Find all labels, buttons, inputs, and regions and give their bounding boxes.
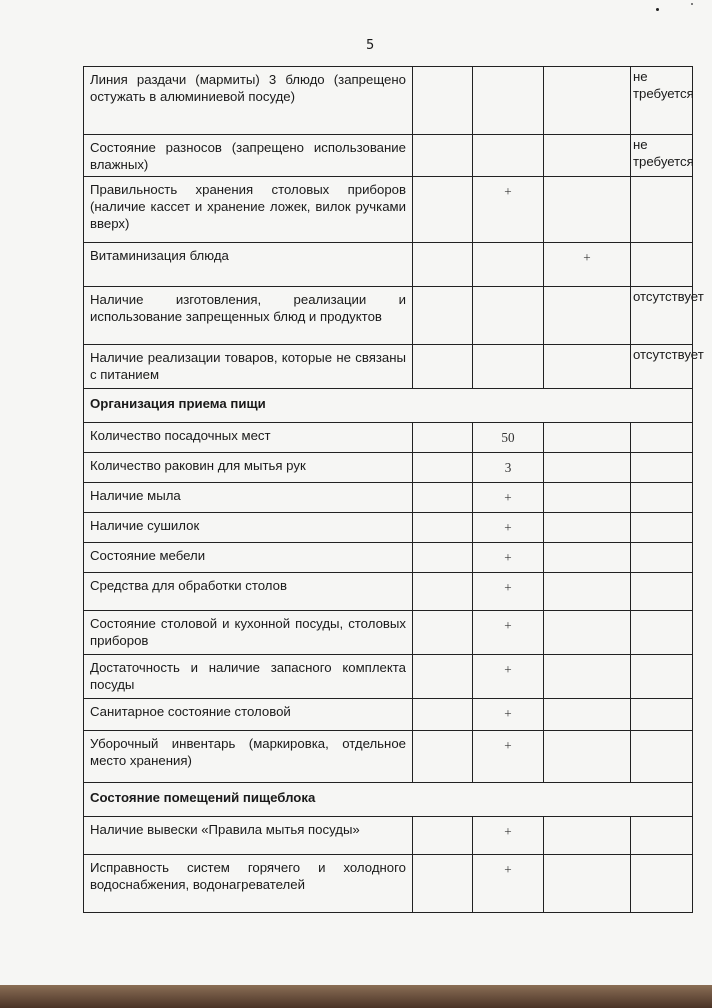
cell-col-3 bbox=[544, 287, 631, 345]
cell-col-2: + bbox=[473, 513, 544, 543]
cell-note bbox=[631, 655, 693, 699]
cell-col-1 bbox=[413, 655, 473, 699]
table-row: Состояние разносов (запрещено использова… bbox=[84, 135, 693, 177]
table-row: Наличие мыла+ bbox=[84, 483, 693, 513]
cell-note bbox=[631, 177, 693, 243]
cell-col-3 bbox=[544, 483, 631, 513]
criterion-label: Наличие мыла bbox=[84, 483, 413, 513]
criterion-label: Санитарное состояние столовой bbox=[84, 699, 413, 731]
section-title: Организация приема пищи bbox=[84, 389, 693, 423]
criterion-label: Уборочный инвентарь (маркировка, отдельн… bbox=[84, 731, 413, 783]
section-header-row: Состояние помещений пищеблока bbox=[84, 783, 693, 817]
cell-note bbox=[631, 611, 693, 655]
table-row: Витаминизация блюда+ bbox=[84, 243, 693, 287]
cell-col-1 bbox=[413, 67, 473, 135]
cell-col-1 bbox=[413, 611, 473, 655]
cell-col-1 bbox=[413, 817, 473, 855]
cell-col-1 bbox=[413, 513, 473, 543]
cell-col-2: + bbox=[473, 611, 544, 655]
cell-col-2: 50 bbox=[473, 423, 544, 453]
cell-note: не требуется bbox=[631, 135, 693, 177]
inspection-checklist-table: Линия раздачи (мармиты) 3 блюдо (запреще… bbox=[83, 66, 693, 913]
cell-note: не требуется bbox=[631, 67, 693, 135]
cell-col-1 bbox=[413, 855, 473, 913]
table-row: Средства для обработки столов+ bbox=[84, 573, 693, 611]
criterion-label: Наличие сушилок bbox=[84, 513, 413, 543]
criterion-label: Количество посадочных мест bbox=[84, 423, 413, 453]
cell-col-3 bbox=[544, 135, 631, 177]
cell-col-3 bbox=[544, 177, 631, 243]
table-row: Уборочный инвентарь (маркировка, отдельн… bbox=[84, 731, 693, 783]
criterion-label: Наличие реализации товаров, которые не с… bbox=[84, 345, 413, 389]
cell-col-2: + bbox=[473, 483, 544, 513]
criterion-label: Линия раздачи (мармиты) 3 блюдо (запреще… bbox=[84, 67, 413, 135]
cell-col-1 bbox=[413, 483, 473, 513]
table-row: Наличие реализации товаров, которые не с… bbox=[84, 345, 693, 389]
cell-col-1 bbox=[413, 573, 473, 611]
cell-col-3 bbox=[544, 573, 631, 611]
criterion-label: Витаминизация блюда bbox=[84, 243, 413, 287]
table-row: Количество раковин для мытья рук3 bbox=[84, 453, 693, 483]
cell-col-3 bbox=[544, 345, 631, 389]
table-row: Исправность систем горячего и холодного … bbox=[84, 855, 693, 913]
cell-col-1 bbox=[413, 135, 473, 177]
cell-col-1 bbox=[413, 423, 473, 453]
cell-note bbox=[631, 731, 693, 783]
criterion-label: Достаточность и наличие запасного компле… bbox=[84, 655, 413, 699]
cell-note bbox=[631, 543, 693, 573]
cell-col-3 bbox=[544, 513, 631, 543]
cell-col-2: + bbox=[473, 731, 544, 783]
cell-col-2: + bbox=[473, 573, 544, 611]
criterion-label: Состояние столовой и кухонной посуды, ст… bbox=[84, 611, 413, 655]
page-number: 5 bbox=[366, 38, 374, 53]
scan-speck bbox=[691, 3, 693, 5]
cell-col-2 bbox=[473, 67, 544, 135]
criterion-label: Средства для обработки столов bbox=[84, 573, 413, 611]
section-title: Состояние помещений пищеблока bbox=[84, 783, 693, 817]
table-row: Наличие изготовления, реализации и испол… bbox=[84, 287, 693, 345]
cell-col-1 bbox=[413, 453, 473, 483]
cell-col-1 bbox=[413, 243, 473, 287]
cell-note bbox=[631, 243, 693, 287]
table-row: Правильность хранения столовых приборов … bbox=[84, 177, 693, 243]
cell-col-2 bbox=[473, 135, 544, 177]
table-row: Достаточность и наличие запасного компле… bbox=[84, 655, 693, 699]
criterion-label: Количество раковин для мытья рук bbox=[84, 453, 413, 483]
cell-col-1 bbox=[413, 287, 473, 345]
cell-col-1 bbox=[413, 731, 473, 783]
cell-note bbox=[631, 573, 693, 611]
cell-col-2: + bbox=[473, 817, 544, 855]
table-row: Наличие вывески «Правила мытья посуды»+ bbox=[84, 817, 693, 855]
cell-col-2 bbox=[473, 345, 544, 389]
checklist-body: Линия раздачи (мармиты) 3 блюдо (запреще… bbox=[84, 67, 693, 913]
cell-col-3: + bbox=[544, 243, 631, 287]
cell-note bbox=[631, 513, 693, 543]
cell-note: отсутствует bbox=[631, 287, 693, 345]
cell-col-3 bbox=[544, 543, 631, 573]
cell-col-3 bbox=[544, 67, 631, 135]
cell-col-3 bbox=[544, 611, 631, 655]
criterion-label: Наличие вывески «Правила мытья посуды» bbox=[84, 817, 413, 855]
table-row: Состояние мебели+ bbox=[84, 543, 693, 573]
cell-col-2: 3 bbox=[473, 453, 544, 483]
scan-edge-shadow bbox=[0, 985, 712, 1008]
table-row: Санитарное состояние столовой+ bbox=[84, 699, 693, 731]
criterion-label: Наличие изготовления, реализации и испол… bbox=[84, 287, 413, 345]
cell-col-3 bbox=[544, 699, 631, 731]
table-row: Наличие сушилок+ bbox=[84, 513, 693, 543]
cell-note bbox=[631, 817, 693, 855]
cell-note: отсутствует bbox=[631, 345, 693, 389]
cell-col-1 bbox=[413, 699, 473, 731]
scan-speck bbox=[656, 8, 659, 11]
table-row: Линия раздачи (мармиты) 3 блюдо (запреще… bbox=[84, 67, 693, 135]
cell-col-2: + bbox=[473, 855, 544, 913]
cell-col-1 bbox=[413, 543, 473, 573]
cell-col-2 bbox=[473, 243, 544, 287]
cell-col-2: + bbox=[473, 177, 544, 243]
table-row: Состояние столовой и кухонной посуды, ст… bbox=[84, 611, 693, 655]
cell-note bbox=[631, 453, 693, 483]
table-row: Количество посадочных мест50 bbox=[84, 423, 693, 453]
section-header-row: Организация приема пищи bbox=[84, 389, 693, 423]
criterion-label: Правильность хранения столовых приборов … bbox=[84, 177, 413, 243]
cell-col-2: + bbox=[473, 543, 544, 573]
cell-col-3 bbox=[544, 655, 631, 699]
criterion-label: Исправность систем горячего и холодного … bbox=[84, 855, 413, 913]
cell-col-2: + bbox=[473, 699, 544, 731]
cell-note bbox=[631, 423, 693, 453]
cell-col-3 bbox=[544, 453, 631, 483]
criterion-label: Состояние разносов (запрещено использова… bbox=[84, 135, 413, 177]
cell-note bbox=[631, 855, 693, 913]
cell-note bbox=[631, 483, 693, 513]
cell-col-1 bbox=[413, 177, 473, 243]
cell-col-2 bbox=[473, 287, 544, 345]
cell-col-3 bbox=[544, 423, 631, 453]
cell-col-3 bbox=[544, 817, 631, 855]
cell-col-1 bbox=[413, 345, 473, 389]
cell-col-2: + bbox=[473, 655, 544, 699]
cell-note bbox=[631, 699, 693, 731]
criterion-label: Состояние мебели bbox=[84, 543, 413, 573]
cell-col-3 bbox=[544, 731, 631, 783]
cell-col-3 bbox=[544, 855, 631, 913]
